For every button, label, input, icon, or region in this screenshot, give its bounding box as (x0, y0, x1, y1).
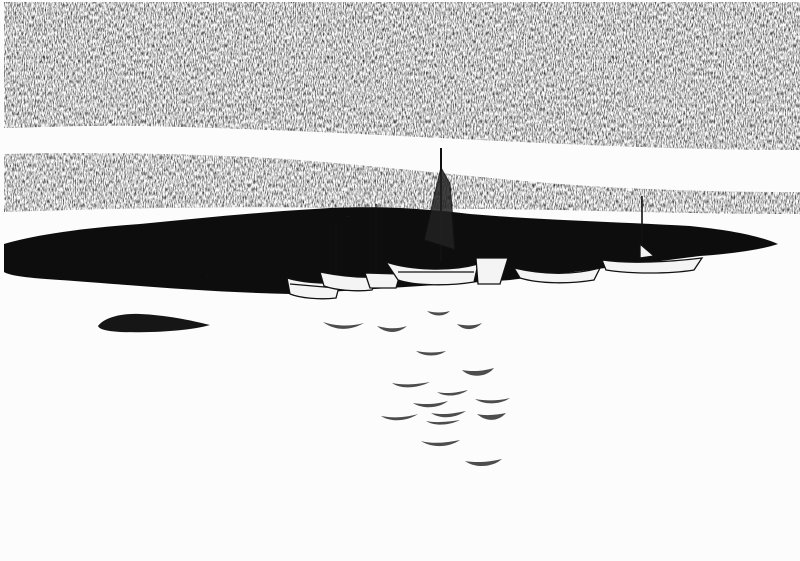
print-artwork (0, 0, 800, 561)
